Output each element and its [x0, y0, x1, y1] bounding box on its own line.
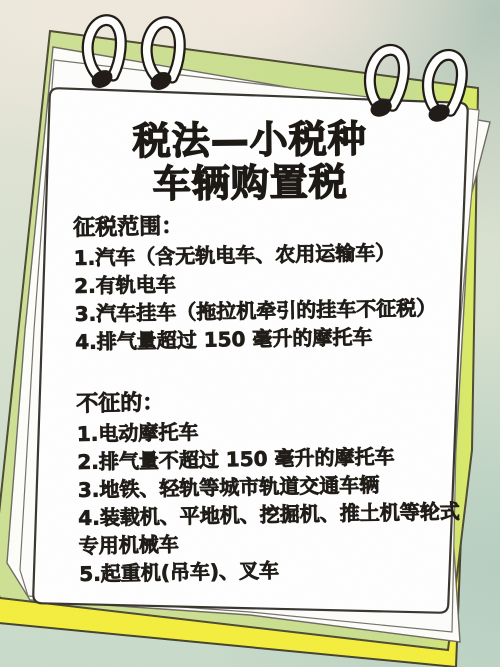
list-item: 4.装载机、平地机、挖掘机、推土机等轮式专用机械车 [78, 497, 467, 560]
study-note-card: 税法—小税种 车辆购置税 征税范围： 1.汽车（含无轨电车、农用运输车） 2.有… [0, 0, 500, 667]
note-title-line1: 税法—小税种 [0, 116, 500, 164]
note-body: 征税范围： 1.汽车（含无轨电车、农用运输车） 2.有轨电车 3.汽车挂车（拖拉… [73, 207, 467, 588]
note-title: 税法—小税种 车辆购置税 [0, 116, 500, 207]
note-title-line2: 车辆购置税 [0, 159, 500, 207]
list-item: 4.排气量超过 150 毫升的摩托车 [75, 321, 463, 356]
